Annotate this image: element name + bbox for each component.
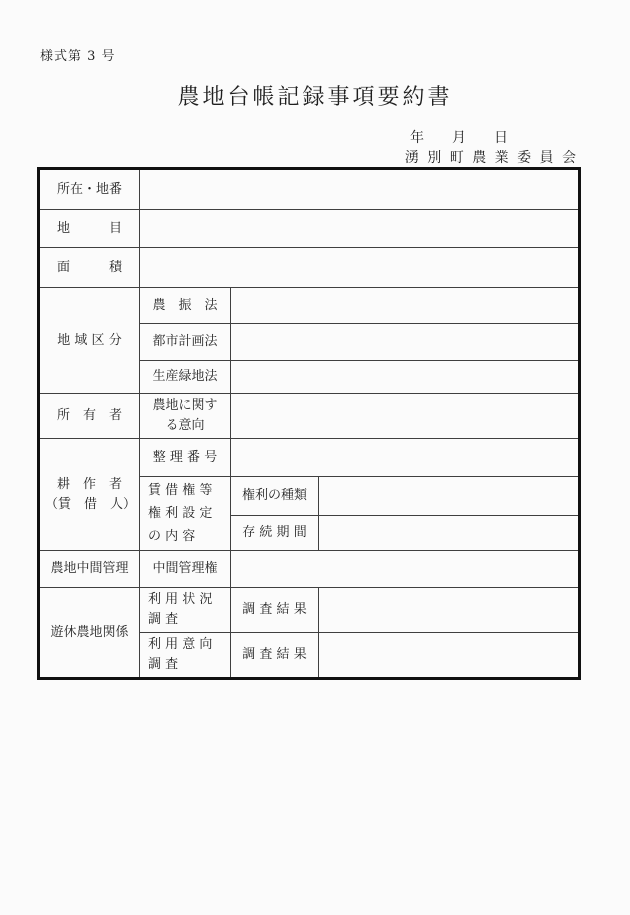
intention-survey-result-label: 調 査 結 果 bbox=[231, 633, 319, 679]
agri-promotion-act-value-cell bbox=[231, 288, 580, 324]
reference-number-label: 整 理 番 号 bbox=[140, 439, 231, 477]
intention-survey-result-value-cell bbox=[319, 633, 580, 679]
usage-status-survey-label: 利 用 状 況 調 査 bbox=[140, 588, 231, 633]
intermediate-mgmt-right-label: 中間管理権 bbox=[140, 551, 231, 588]
usage-survey-result-value-cell bbox=[319, 588, 580, 633]
area-label: 面 積 bbox=[39, 248, 140, 288]
zoning-label: 地 域 区 分 bbox=[39, 288, 140, 394]
committee-name: 湧 別 町 農 業 委 員 会 bbox=[0, 147, 578, 167]
intermediate-mgmt-right-value-cell bbox=[231, 551, 580, 588]
area-value-cell bbox=[140, 248, 580, 288]
agri-promotion-act-label: 農 振 法 bbox=[140, 288, 231, 324]
table-row: 耕 作 者 （賃 借 人） 整 理 番 号 bbox=[39, 439, 580, 477]
table-row: 所在・地番 bbox=[39, 169, 580, 210]
usage-survey-result-label: 調 査 結 果 bbox=[231, 588, 319, 633]
idle-farmland-label: 遊休農地関係 bbox=[39, 588, 140, 679]
land-category-value-cell bbox=[140, 210, 580, 248]
city-planning-act-label: 都市計画法 bbox=[140, 324, 231, 361]
right-type-label: 権利の種類 bbox=[231, 477, 319, 516]
right-type-value-cell bbox=[319, 477, 580, 516]
productive-green-act-value-cell bbox=[231, 361, 580, 394]
duration-value-cell bbox=[319, 515, 580, 550]
table-row: 農地中間管理 中間管理権 bbox=[39, 551, 580, 588]
date-line: 年 月 日 bbox=[0, 127, 578, 147]
usage-intention-survey-label: 利 用 意 向 調 査 bbox=[140, 633, 231, 679]
lease-rights-label: 賃 借 権 等 権 利 設 定 の 内 容 bbox=[140, 477, 231, 551]
farmland-summary-table: 所在・地番 地 目 面 積 地 域 区 分 農 振 法 都市計画法 生産緑地法 … bbox=[37, 167, 581, 680]
reference-number-value-cell bbox=[231, 439, 580, 477]
intermediate-mgmt-label: 農地中間管理 bbox=[39, 551, 140, 588]
city-planning-act-value-cell bbox=[231, 324, 580, 361]
owner-intention-label: 農地に関す る意向 bbox=[140, 394, 231, 439]
cultivator-label: 耕 作 者 （賃 借 人） bbox=[39, 439, 140, 551]
productive-green-act-label: 生産緑地法 bbox=[140, 361, 231, 394]
land-category-label: 地 目 bbox=[39, 210, 140, 248]
page-title: 農地台帳記録事項要約書 bbox=[0, 80, 630, 111]
duration-label: 存 続 期 間 bbox=[231, 515, 319, 550]
table-row: 遊休農地関係 利 用 状 況 調 査 調 査 結 果 bbox=[39, 588, 580, 633]
table-row: 面 積 bbox=[39, 248, 580, 288]
location-label: 所在・地番 bbox=[39, 169, 140, 210]
table-row: 所 有 者 農地に関す る意向 bbox=[39, 394, 580, 439]
owner-label: 所 有 者 bbox=[39, 394, 140, 439]
table-row: 地 域 区 分 農 振 法 bbox=[39, 288, 580, 324]
owner-intention-value-cell bbox=[231, 394, 580, 439]
form-number: 様式第 3 号 bbox=[40, 45, 116, 64]
table-row: 地 目 bbox=[39, 210, 580, 248]
location-value-cell bbox=[140, 169, 580, 210]
